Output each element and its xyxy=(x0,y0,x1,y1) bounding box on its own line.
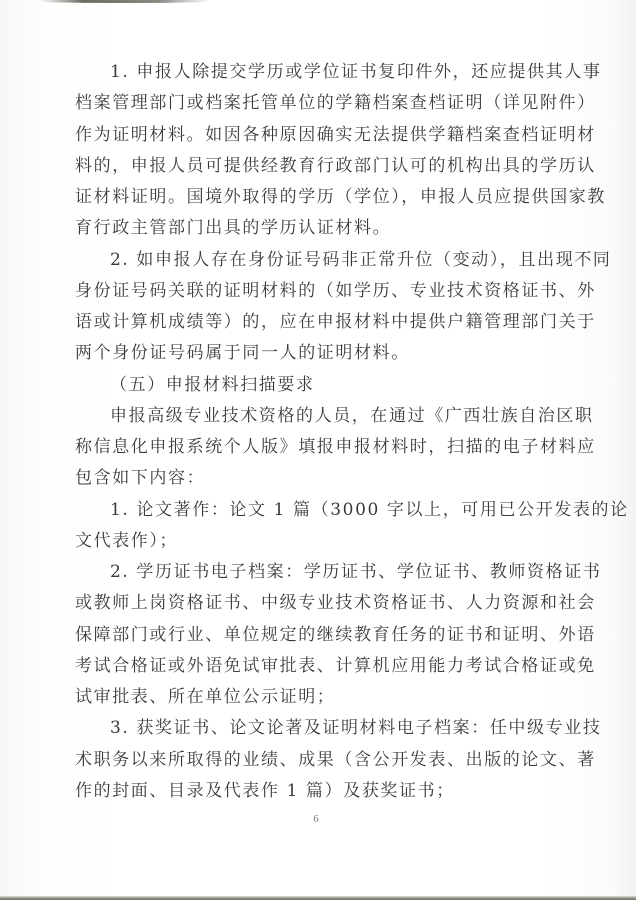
scan-shadow-top xyxy=(40,0,210,3)
list-item-3-line: 术职务以来所取得的业绩、成果（含公开发表、出版的论文、著 xyxy=(75,745,559,776)
paragraph-intro-line: 称信息化申报系统个人版》填报申报材料时，扫描的电子材料应 xyxy=(75,432,559,463)
section-heading: （五）申报材料扫描要求 xyxy=(75,370,559,401)
paragraph-2-line: 两个身份证号码属于同一人的证明材料。 xyxy=(75,338,559,369)
list-item-2-line: 考试合格证或外语免试审批表、计算机应用能力考试合格证或免 xyxy=(75,651,559,682)
scanned-document-page: 1. 申报人除提交学历或学位证书复印件外，还应提供其人事 档案管理部门或档案托管… xyxy=(0,0,636,900)
list-item-2-line: 保障部门或行业、单位规定的继续教育任务的证书和证明、外语 xyxy=(75,620,559,651)
list-item-3-line: 作的封面、目录及代表作 1 篇）及获奖证书； xyxy=(75,776,559,807)
paragraph-1-line: 料的，申报人员可提供经教育行政部门认可的机构出具的学历认 xyxy=(75,151,559,182)
list-item-2-line: 或教师上岗资格证书、中级专业技术资格证书、人力资源和社会 xyxy=(75,588,559,619)
paragraph-1-line: 育行政主管部门出具的学历认证材料。 xyxy=(75,213,559,244)
page-number: 6 xyxy=(309,813,323,825)
list-item-2-line: 试审批表、所在单位公示证明； xyxy=(75,682,559,713)
list-item-1-line: 1. 论文著作：论文 1 篇（3000 字以上，可用已公开发表的论 xyxy=(75,495,559,526)
paragraph-2-line: 身份证号码关联的证明材料的（如学历、专业技术资格证书、外 xyxy=(75,276,559,307)
paragraph-1-line: 1. 申报人除提交学历或学位证书复印件外，还应提供其人事 xyxy=(75,57,559,88)
paragraph-1-line: 作为证明材料。如因各种原因确实无法提供学籍档案查档证明材 xyxy=(75,120,559,151)
paragraph-2-line: 2. 如申报人存在身份证号码非正常升位（变动），且出现不同 xyxy=(75,245,559,276)
scan-shadow-bottom xyxy=(0,896,636,900)
document-body: 1. 申报人除提交学历或学位证书复印件外，还应提供其人事 档案管理部门或档案托管… xyxy=(75,57,559,807)
list-item-3-line: 3. 获奖证书、论文论著及证明材料电子档案：任中级专业技 xyxy=(75,713,559,744)
paragraph-2-line: 语或计算机成绩等）的，应在申报材料中提供户籍管理部门关于 xyxy=(75,307,559,338)
paragraph-1-line: 档案管理部门或档案托管单位的学籍档案查档证明（详见附件） xyxy=(75,88,559,119)
paragraph-1-line: 证材料证明。国境外取得的学历（学位），申报人员应提供国家教 xyxy=(75,182,559,213)
paragraph-intro-line: 包含如下内容： xyxy=(75,463,559,494)
list-item-2-line: 2. 学历证书电子档案：学历证书、学位证书、教师资格证书 xyxy=(75,557,559,588)
paragraph-intro-line: 申报高级专业技术资格的人员，在通过《广西壮族自治区职 xyxy=(75,401,559,432)
list-item-1-line: 文代表作）； xyxy=(75,526,559,557)
